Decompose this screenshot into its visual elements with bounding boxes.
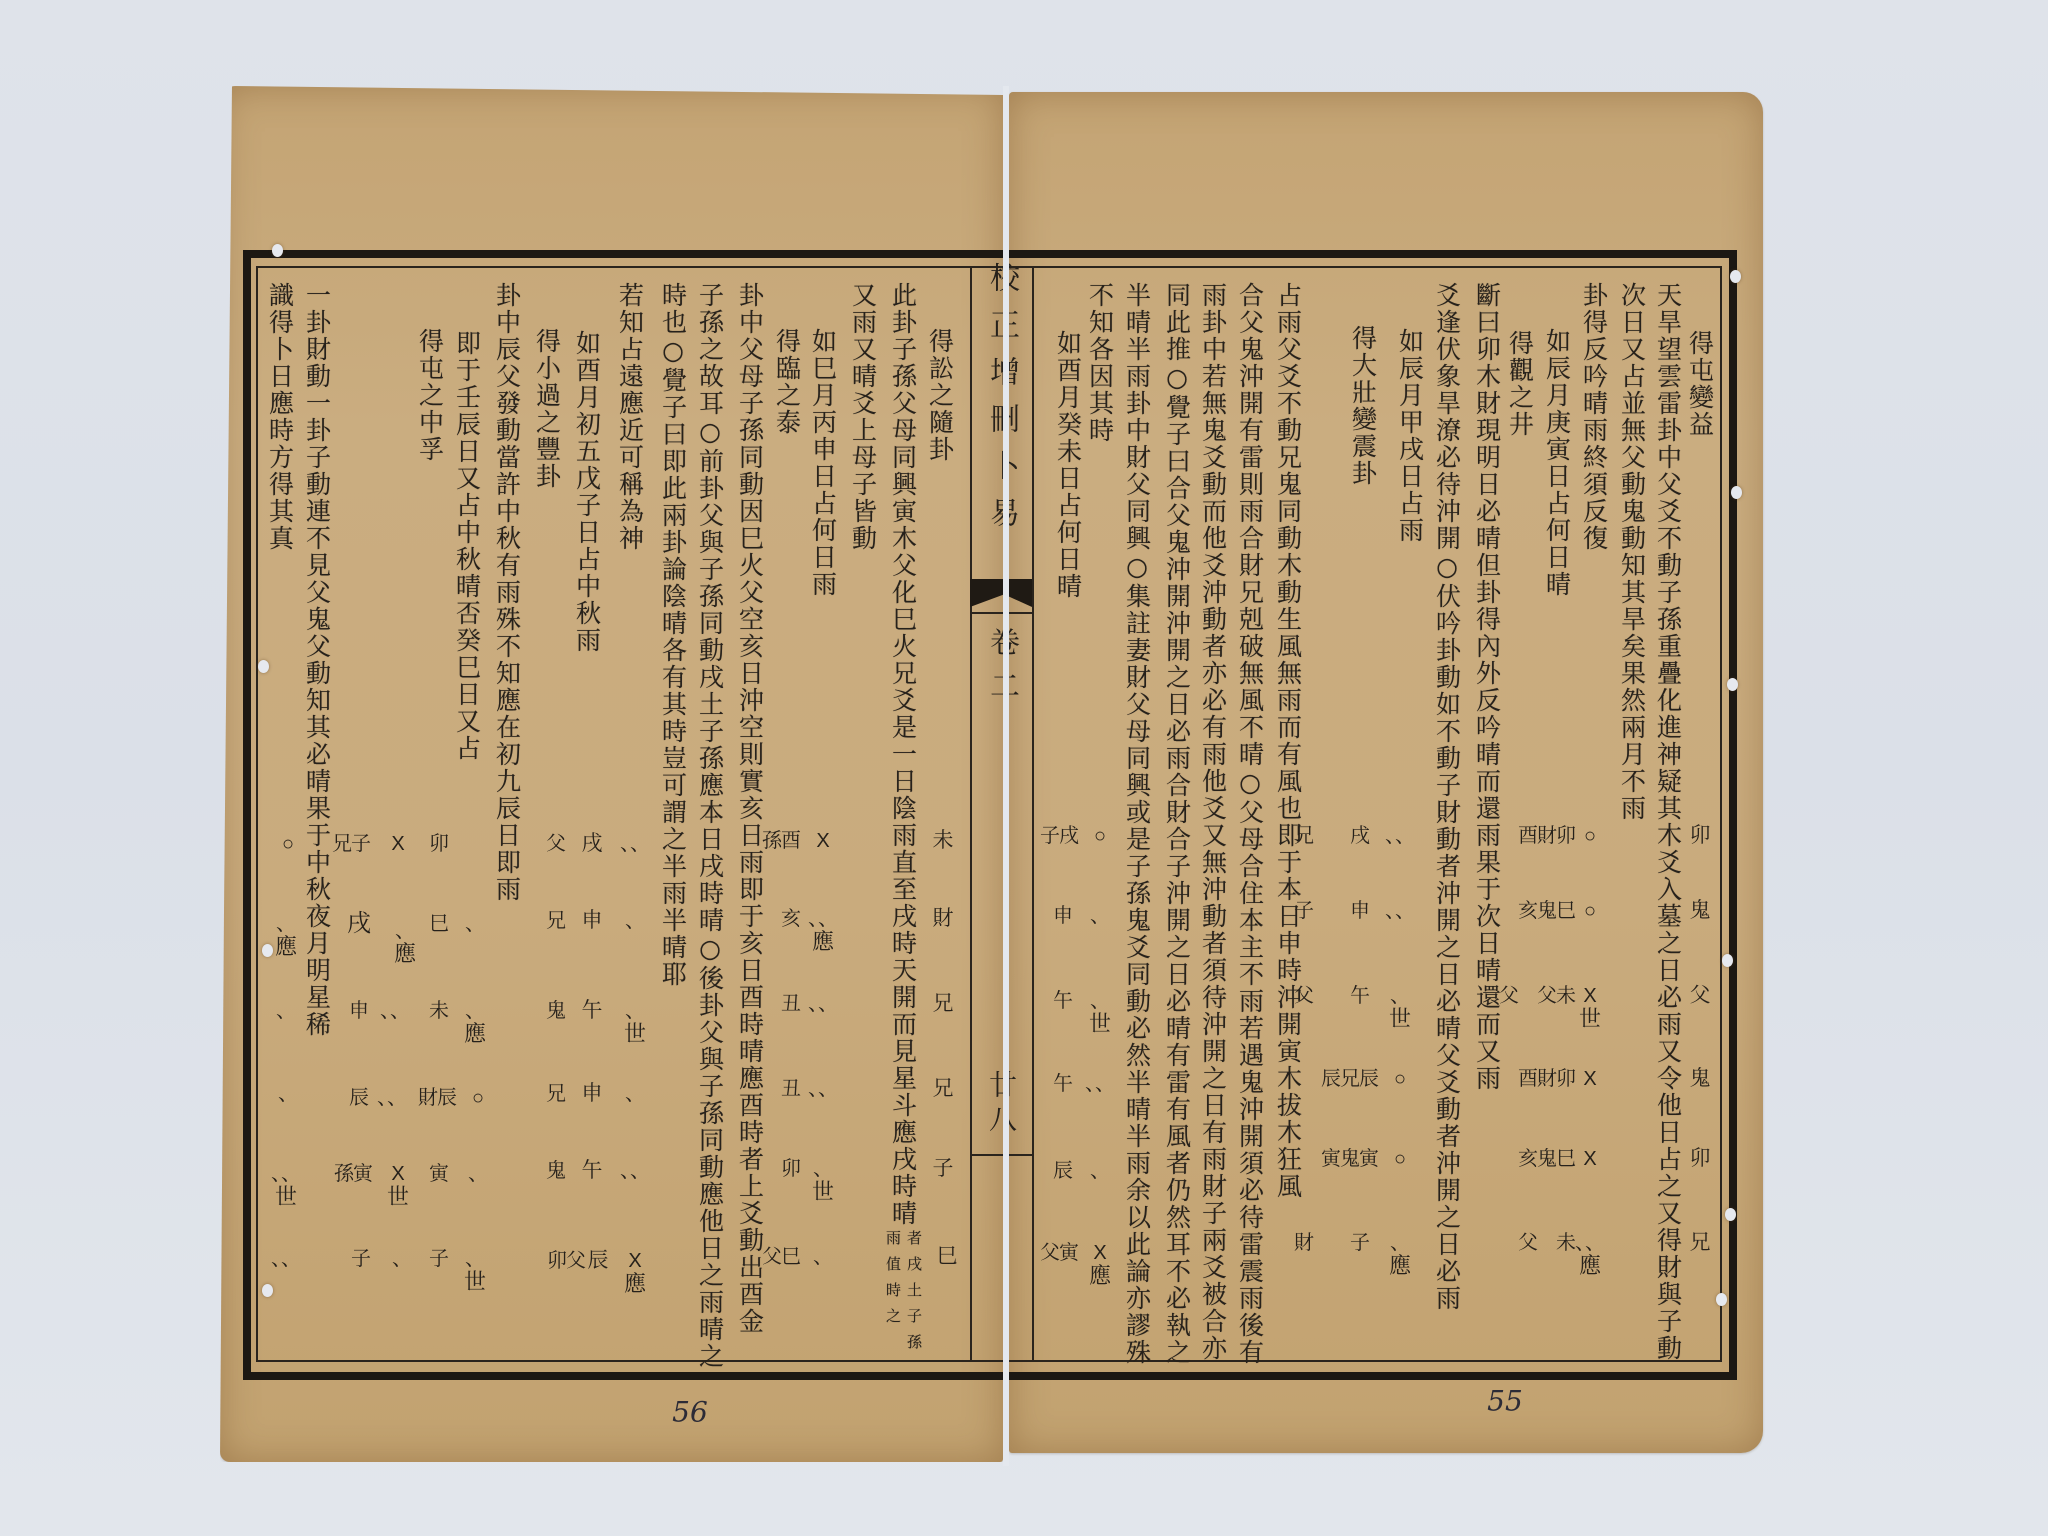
- text-column: 如辰月甲戌日占雨: [1397, 328, 1424, 544]
- text-column: 如巳月丙申日占何日雨: [810, 328, 837, 598]
- hexagram-relative: 鬼: [546, 999, 565, 1021]
- line-marker: 、、: [808, 1077, 838, 1101]
- line-marker: 、、應: [808, 907, 838, 955]
- text-column: 又雨又晴爻上母子皆動: [850, 282, 877, 552]
- text-column: 占雨父爻不動兄鬼同動木動生風無雨而有風也即于本日申時沖開寅木拔木狂風: [1275, 282, 1302, 1200]
- line-marker: ○: [1584, 824, 1596, 848]
- hexagram-line: 寅鬼寅: [1321, 1147, 1378, 1169]
- hexagram-line: 卯: [781, 1157, 800, 1179]
- hexagram-line: 兄子: [332, 832, 370, 854]
- hexagram-line: 酉財卯: [1518, 824, 1575, 846]
- text-column: 斷曰卯木財現明日必晴但卦得內外反吟晴而還雨果于次日晴還而又雨: [1474, 282, 1501, 1092]
- line-marker: 、世: [1389, 984, 1411, 1032]
- text-column: 此卦子孫父母同興寅木父化巳火兄爻是一日陰雨直至戌時天開而見星斗應戌時晴: [890, 282, 917, 1227]
- spine-volume: 卷二: [985, 626, 1017, 714]
- binding-hole: [1716, 1293, 1727, 1306]
- line-marker: X世: [387, 1162, 409, 1210]
- line-marker: 、世: [812, 1157, 834, 1205]
- line-marker: 、、: [1085, 1072, 1115, 1096]
- annotation-column-left: 雨值時之: [885, 1230, 901, 1334]
- text-column: 得屯之中孚: [417, 328, 444, 463]
- hexagram-line: 戌: [347, 912, 370, 934]
- text-column: 子孫之故耳○前卦父與子孫同動戌土子孫應本日戌時晴○後卦父與子孫同動應他日之雨晴之: [697, 282, 724, 1370]
- line-marker: X: [1583, 1067, 1596, 1091]
- hexagram-line: 巳: [937, 1245, 958, 1267]
- hexagram-branch: 午: [582, 1159, 603, 1181]
- line-marker: 、、應: [1575, 1231, 1605, 1279]
- text-column: 雨卦中若無鬼爻動而他爻沖動者亦必有雨他爻又無沖動者須待沖開之日有雨財子兩爻被合亦: [1200, 282, 1227, 1362]
- line-marker: X: [391, 832, 404, 856]
- hexagram-line: 父巳: [762, 1245, 800, 1267]
- line-marker: 、、: [1385, 824, 1415, 848]
- hexagram-line: 子: [933, 1157, 954, 1179]
- line-marker: 、世: [464, 1247, 486, 1295]
- hexagram-line: 未: [933, 829, 954, 851]
- line-marker: 、、: [620, 832, 650, 856]
- hexagram-line: 兄: [933, 1077, 954, 1099]
- hexagram-relative: 鬼: [546, 1159, 565, 1181]
- hexagram-line: 卯: [1690, 824, 1711, 846]
- line-marker: ○: [1094, 824, 1106, 848]
- hexagram-line: 申: [1053, 904, 1072, 926]
- hexagram-line: 亥鬼巳: [1518, 1147, 1575, 1169]
- hexagram-line: 父 父未: [1499, 984, 1575, 1006]
- text-column: 卦中辰父發動當許中秋有雨殊不知應在初九辰日即雨: [494, 282, 521, 903]
- line-marker: 、: [625, 1082, 645, 1106]
- line-marker: X應: [624, 1249, 646, 1297]
- text-column: 卦中父母子孫同動因巳火父空亥日沖空則實亥日雨即于亥日酉時晴應酉時者上爻動出酉金: [737, 282, 764, 1335]
- line-marker: 、: [1090, 1159, 1110, 1183]
- hexagram-line: 丑: [781, 992, 800, 1014]
- line-marker: 、: [625, 909, 645, 933]
- text-column: 不知各因其時: [1087, 282, 1114, 444]
- hexagram-line: 子: [351, 1247, 370, 1269]
- hexagram-line: 寅: [429, 1162, 448, 1184]
- leaf-fold-gap: [1003, 86, 1009, 1466]
- line-marker: 、應: [394, 919, 416, 967]
- hexagram-line: 亥鬼巳: [1518, 899, 1575, 921]
- text-column: 如酉月癸未日占何日晴: [1055, 330, 1082, 600]
- text-column: 合父鬼沖開有雷則雨合財兄剋破無風不晴○父母合住本主不雨若遇鬼沖開須必待雷震雨後有: [1237, 282, 1264, 1366]
- hexagram-branch: 申: [582, 909, 603, 931]
- line-marker: 、應: [275, 912, 297, 960]
- binding-hole: [262, 944, 273, 957]
- line-marker: 、: [276, 999, 296, 1023]
- line-marker: 、: [813, 1245, 833, 1269]
- hexagram-line: 兄: [933, 992, 954, 1014]
- line-marker: ○: [282, 832, 294, 856]
- text-column: 一卦財動一卦子動連不見父鬼父動知其必晴果于中秋夜月明星稀: [304, 282, 331, 1038]
- hexagram-line: 父寅: [1040, 1241, 1078, 1263]
- text-column: 即于壬辰日又占中秋晴否癸巳日又占: [454, 330, 481, 762]
- text-column: 半晴半雨卦中財父同興○集註妻財父母同興或是子孫鬼爻同動必然半晴半雨余以此論亦謬殊: [1124, 282, 1151, 1366]
- hexagram-branch: 戌: [582, 832, 603, 854]
- text-column: 次日又占並無父動鬼動知其旱矣果然兩月不雨: [1619, 282, 1646, 822]
- hexagram-line: 卯: [429, 832, 448, 854]
- text-column: 得屯變益: [1687, 330, 1714, 438]
- hexagram-branch: 午: [582, 999, 603, 1021]
- hexagram-line: 父: [1690, 984, 1711, 1006]
- text-column: 若知占遠應近可稱為神: [617, 282, 644, 552]
- hexagram-line: 辰: [1053, 1159, 1072, 1181]
- line-marker: 、: [392, 1247, 412, 1271]
- hexagram-line: 孫酉: [762, 829, 800, 851]
- line-marker: 、、世: [271, 1162, 301, 1210]
- text-column: 得觀之井: [1507, 330, 1534, 438]
- line-marker: ○: [472, 1086, 484, 1110]
- hexagram-line: 兄 戌: [1294, 824, 1378, 846]
- spine-leaf-number: 廿八: [985, 1070, 1017, 1138]
- hexagram-line: 子 申: [1294, 899, 1378, 921]
- line-marker: 、世: [1089, 989, 1111, 1037]
- binding-hole: [1727, 678, 1738, 691]
- spine-rule-left: [970, 266, 972, 1362]
- line-marker: 、: [1090, 904, 1110, 928]
- line-marker: X世: [1579, 984, 1601, 1032]
- hexagram-line: 卯: [1690, 1147, 1711, 1169]
- binding-hole: [1722, 954, 1733, 967]
- hexagram-line: 兄: [1690, 1231, 1711, 1253]
- hexagram-line: 財 子: [1294, 1231, 1378, 1253]
- hexagram-line: 午: [1053, 989, 1072, 1011]
- hexagram-line: 鬼: [1690, 1067, 1711, 1089]
- hexagram-branch: 申: [582, 1082, 603, 1104]
- spine-rule-right: [1032, 266, 1034, 1362]
- text-column: 得訟之隨卦: [927, 328, 954, 463]
- line-marker: 、、: [620, 1159, 650, 1183]
- line-marker: 、應: [1389, 1231, 1411, 1279]
- spine-rule-fishtail: [970, 612, 1032, 614]
- line-marker: 、、: [377, 1086, 407, 1110]
- spine-rule-bottom: [970, 1154, 1032, 1156]
- binding-hole: [1730, 270, 1741, 283]
- binding-hole: [272, 244, 283, 257]
- binding-hole: [262, 1284, 273, 1297]
- line-marker: 、: [468, 1162, 488, 1186]
- hexagram-line: 酉財卯: [1518, 1067, 1575, 1089]
- line-marker: ○: [1584, 899, 1596, 923]
- hexagram-relative: 兄: [546, 909, 565, 931]
- line-marker: 、世: [624, 999, 646, 1047]
- line-marker: 、、: [1385, 899, 1415, 923]
- hexagram-relative: 父: [546, 832, 565, 854]
- hexagram-branch: 辰: [588, 1249, 609, 1271]
- line-marker: X: [816, 829, 829, 853]
- text-column: 如辰月庚寅日占何日晴: [1544, 328, 1571, 598]
- line-marker: 、: [278, 1082, 298, 1106]
- hexagram-line: 財辰: [418, 1086, 456, 1108]
- line-marker: ○: [1394, 1067, 1406, 1091]
- text-column: 識得卜日應時方得其真: [267, 282, 294, 552]
- hexagram-line: 子: [429, 1247, 448, 1269]
- hexagram-line: 孫寅: [334, 1162, 372, 1184]
- hexagram-line: 父 午: [1294, 984, 1378, 1006]
- line-marker: 、、: [271, 1247, 301, 1271]
- line-marker: 、、: [808, 992, 838, 1016]
- page-number-right: 55: [1487, 1385, 1523, 1418]
- line-marker: 、: [465, 912, 485, 936]
- hexagram-line: 父 未: [1518, 1231, 1575, 1253]
- text-column: 天旱望雲雷卦中父爻不動子孫重疊化進神疑其木爻入墓之日必雨又令他日占之又得財與子動: [1655, 282, 1682, 1362]
- hexagram-relative: 卯父: [547, 1249, 585, 1271]
- text-column: 得臨之泰: [774, 328, 801, 436]
- hexagram-relative: 兄: [546, 1082, 565, 1104]
- text-column: 得小過之豐卦: [534, 328, 561, 490]
- line-marker: X應: [1089, 1241, 1111, 1289]
- text-column: 爻逢伏象旱潦必待沖開○伏吟卦動如不動子財動者沖開之日必晴父爻動者沖開之日必雨: [1434, 282, 1461, 1312]
- hexagram-line: 丑: [781, 1077, 800, 1099]
- hexagram-line: 亥: [781, 907, 800, 929]
- spine-title: 校正增刪卜易: [985, 262, 1017, 544]
- hexagram-line: 未: [429, 999, 448, 1021]
- hexagram-line: 子戌: [1040, 824, 1078, 846]
- line-marker: ○: [1394, 1147, 1406, 1171]
- text-column: 卦得反吟晴雨終須反復: [1581, 282, 1608, 552]
- line-marker: 、、: [380, 999, 410, 1023]
- binding-hole: [1731, 486, 1742, 499]
- binding-hole: [258, 660, 269, 673]
- hexagram-line: 辰: [349, 1086, 368, 1108]
- text-column: 得大壯變震卦: [1350, 325, 1377, 487]
- hexagram-line: 鬼: [1690, 899, 1711, 921]
- line-marker: X: [1583, 1147, 1596, 1171]
- page-number-left: 56: [672, 1396, 708, 1429]
- line-marker: 、應: [464, 999, 486, 1047]
- binding-hole: [1725, 1208, 1736, 1221]
- annotation-column-right: 者戌土子孫: [906, 1230, 922, 1360]
- hexagram-line: 申: [349, 999, 368, 1021]
- text-column: 同此推○覺子曰合父鬼沖開沖開之日必雨合財合子沖開之日必晴有雷有風者仍然耳不必執之: [1164, 282, 1191, 1366]
- hexagram-line: 財: [933, 907, 954, 929]
- hexagram-line: 辰兄辰: [1321, 1067, 1378, 1089]
- text-column: 如酉月初五戊子日占中秋雨: [574, 330, 601, 654]
- hexagram-line: 巳: [429, 912, 448, 934]
- text-column: 時也○覺子曰即此兩卦論陰晴各有其時豈可謂之半雨半晴耶: [660, 282, 687, 988]
- hexagram-line: 午: [1053, 1072, 1072, 1094]
